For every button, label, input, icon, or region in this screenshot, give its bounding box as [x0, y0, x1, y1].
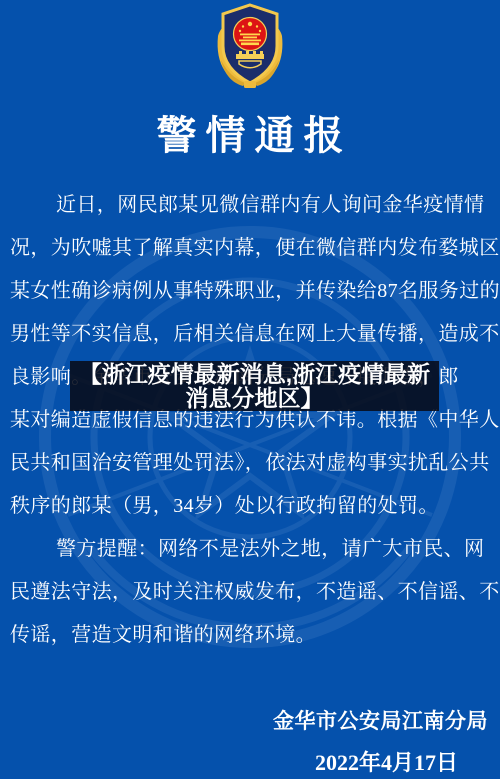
body-line: 某女性确诊病例从事特殊职业，并传染给87名服务过的 [10, 270, 492, 313]
police-badge-icon [206, 2, 294, 90]
body-line: 况，为吹嘘其了解真实内幕，便在微信群内发布婺城区 [10, 227, 492, 270]
body-line: 警方提醒：网络不是法外之地，请广大市民、网 [10, 528, 492, 571]
issuing-agency: 金华市公安局江南分局 [273, 705, 488, 735]
body-line: 民遵法守法，及时关注权威发布，不造谣、不信谣、不 [10, 571, 492, 614]
seo-caption-text: 【浙江疫情最新消息,浙江疫情最新消息分地区】 [70, 361, 439, 411]
issue-date: 2022年4月17日 [315, 746, 458, 777]
notice-body: 近日，网民郎某见微信群内有人询问金华疫情情 况，为吹嘘其了解真实内幕，便在微信群… [10, 184, 492, 657]
body-line: 男性等不实信息，后相关信息在网上大量传播，造成不 [10, 313, 492, 356]
body-line: 传谣，营造文明和谐的网络环境。 [10, 614, 492, 657]
police-notice-poster: 警情通报 近日，网民郎某见微信群内有人询问金华疫情情 况，为吹嘘其了解真实内幕，… [0, 0, 500, 779]
body-line: 秩序的郎某（男，34岁）处以行政拘留的处罚。 [10, 485, 492, 528]
seo-caption-overlay: 【浙江疫情最新消息,浙江疫情最新消息分地区】 [70, 361, 439, 411]
body-line: 民共和国治安管理处罚法》，依法对虚构事实扰乱公共 [10, 442, 492, 485]
page-title: 警情通报 [0, 104, 500, 161]
body-line: 近日，网民郎某见微信群内有人询问金华疫情情 [10, 184, 492, 227]
